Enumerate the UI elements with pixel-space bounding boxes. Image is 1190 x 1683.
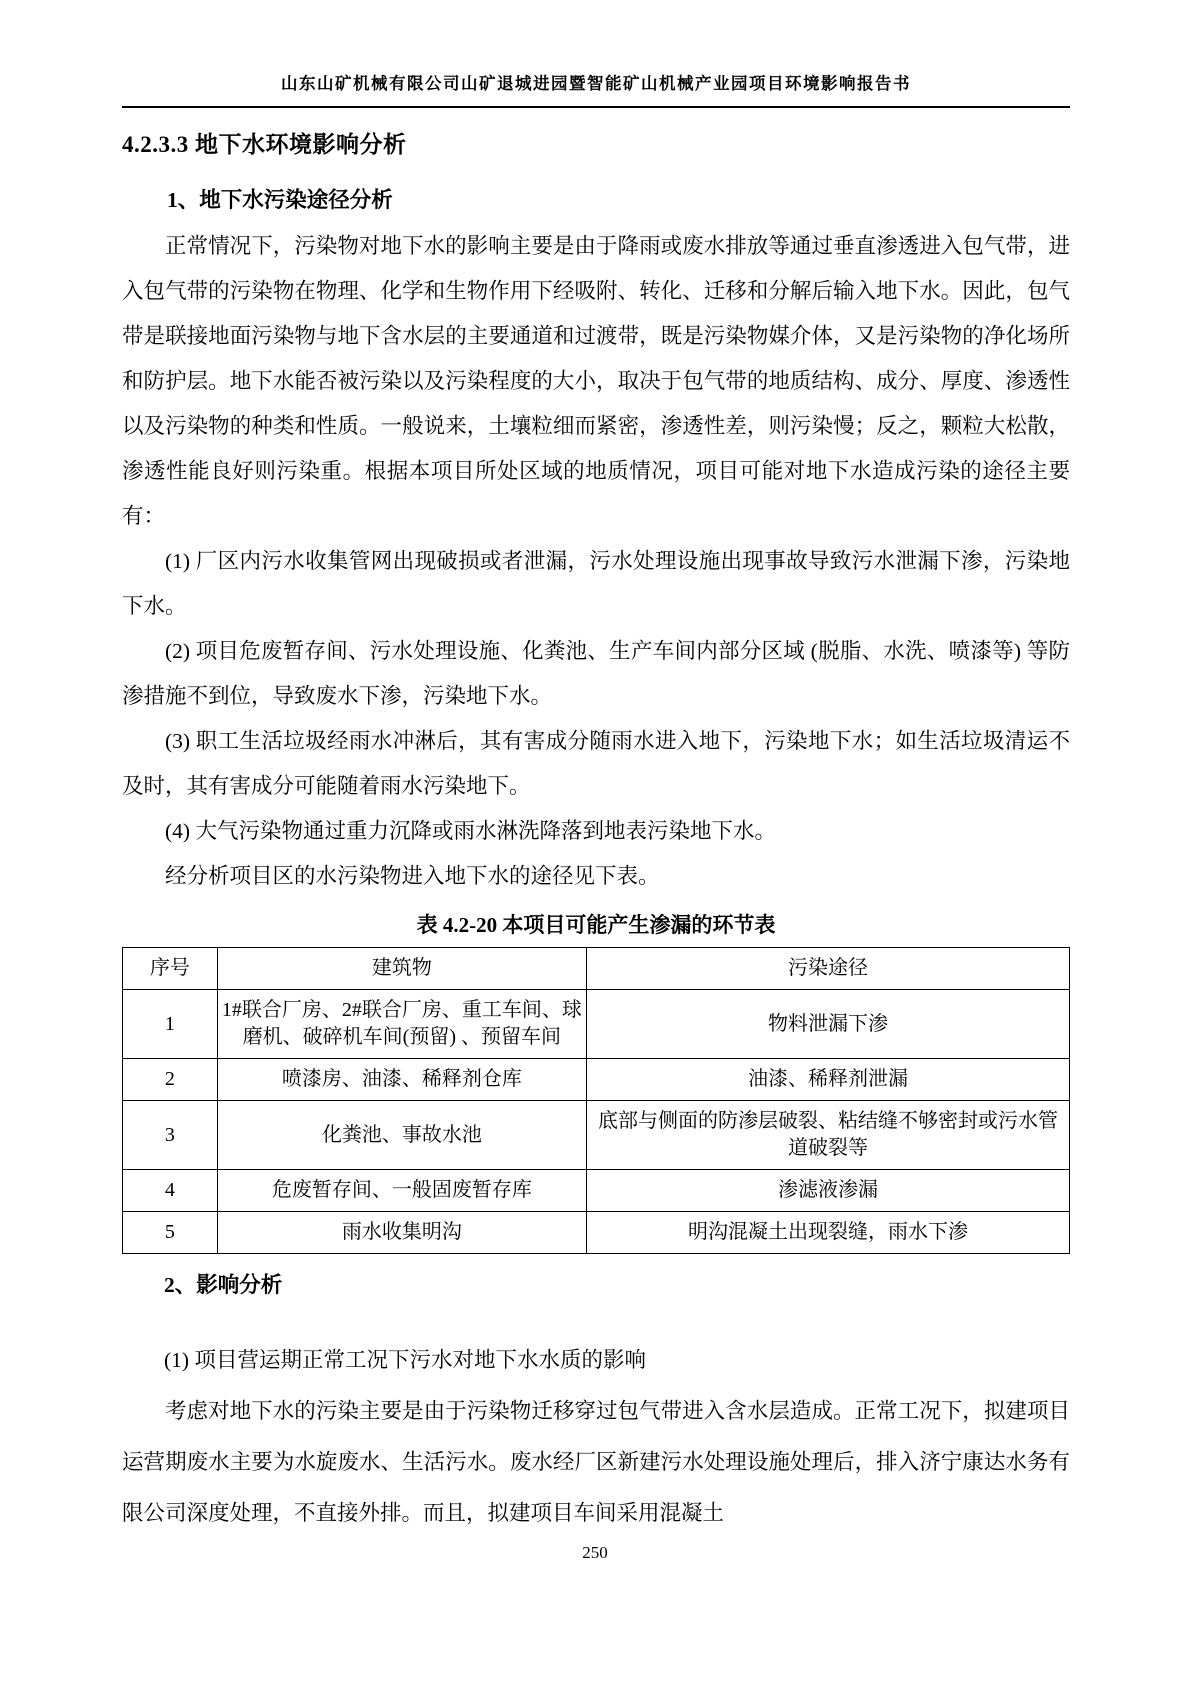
subsection-1-heading: 1、地下水污染途径分析 [167, 183, 1070, 214]
table-cell: 明沟混凝土出现裂缝，雨水下渗 [587, 1212, 1070, 1254]
table-cell: 危废暂存间、一般固废暂存库 [217, 1170, 586, 1212]
paragraph-table-lead-in: 经分析项目区的水污染物进入地下水的途径见下表。 [122, 854, 1070, 899]
table-cell: 5 [123, 1212, 218, 1254]
table-header-cell-pathway: 污染途径 [587, 948, 1070, 990]
table-row: 5 雨水收集明沟 明沟混凝土出现裂缝，雨水下渗 [123, 1212, 1070, 1254]
subsection-2-heading: 2、影响分析 [164, 1268, 1070, 1299]
page-number: 250 [0, 1543, 1190, 1563]
leakage-pathways-table: 序号 建筑物 污染途径 1 1#联合厂房、2#联合厂房、重工车间、球磨机、破碎机… [122, 947, 1070, 1254]
list-item-3: (3) 职工生活垃圾经雨水冲淋后，其有害成分随雨水进入地下，污染地下水；如生活垃… [122, 719, 1070, 809]
table-cell: 喷漆房、油漆、稀释剂仓库 [217, 1059, 586, 1101]
table-row: 1 1#联合厂房、2#联合厂房、重工车间、球磨机、破碎机车间(预留) 、预留车间… [123, 990, 1070, 1059]
table-cell: 物料泄漏下渗 [587, 990, 1070, 1059]
table-cell: 1 [123, 990, 218, 1059]
table-caption: 表 4.2-20 本项目可能产生渗漏的环节表 [122, 909, 1070, 939]
table-header-cell-building: 建筑物 [217, 948, 586, 990]
table-row: 3 化粪池、事故水池 底部与侧面的防渗层破裂、粘结缝不够密封或污水管道破裂等 [123, 1101, 1070, 1170]
list-item-4: (4) 大气污染物通过重力沉降或雨水淋洗降落到地表污染地下水。 [122, 809, 1070, 854]
report-page: 山东山矿机械有限公司山矿退城进园暨智能矿山机械产业园项目环境影响报告书 4.2.… [0, 0, 1190, 1683]
paragraph-pollution-pathways: 正常情况下，污染物对地下水的影响主要是由于降雨或废水排放等通过垂直渗透进入包气带… [122, 224, 1070, 539]
table-header-cell-index: 序号 [123, 948, 218, 990]
table-cell: 渗滤液渗漏 [587, 1170, 1070, 1212]
table-cell: 油漆、稀释剂泄漏 [587, 1059, 1070, 1101]
list-item-2: (2) 项目危废暂存间、污水处理设施、化粪池、生产车间内部分区域 (脱脂、水洗、… [122, 629, 1070, 719]
section-heading-4233: 4.2.3.3 地下水环境影响分析 [122, 126, 1070, 159]
subsection-2-sub-heading: (1) 项目营运期正常工况下污水对地下水水质的影响 [164, 1343, 1070, 1374]
table-row: 2 喷漆房、油漆、稀释剂仓库 油漆、稀释剂泄漏 [123, 1059, 1070, 1101]
table-cell: 1#联合厂房、2#联合厂房、重工车间、球磨机、破碎机车间(预留) 、预留车间 [217, 990, 586, 1059]
table-header-row: 序号 建筑物 污染途径 [123, 948, 1070, 990]
list-item-1: (1) 厂区内污水收集管网出现破损或者泄漏，污水处理设施出现事故导致污水泄漏下渗… [122, 539, 1070, 629]
table-cell: 雨水收集明沟 [217, 1212, 586, 1254]
table-cell: 化粪池、事故水池 [217, 1101, 586, 1170]
table-row: 4 危废暂存间、一般固废暂存库 渗滤液渗漏 [123, 1170, 1070, 1212]
table-cell: 4 [123, 1170, 218, 1212]
running-head-title: 山东山矿机械有限公司山矿退城进园暨智能矿山机械产业园项目环境影响报告书 [122, 70, 1070, 108]
table-cell: 3 [123, 1101, 218, 1170]
paragraph-impact-analysis: 考虑对地下水的污染主要是由于污染物迁移穿过包气带进入含水层造成。正常工况下，拟建… [122, 1386, 1070, 1539]
table-cell: 底部与侧面的防渗层破裂、粘结缝不够密封或污水管道破裂等 [587, 1101, 1070, 1170]
table-cell: 2 [123, 1059, 218, 1101]
